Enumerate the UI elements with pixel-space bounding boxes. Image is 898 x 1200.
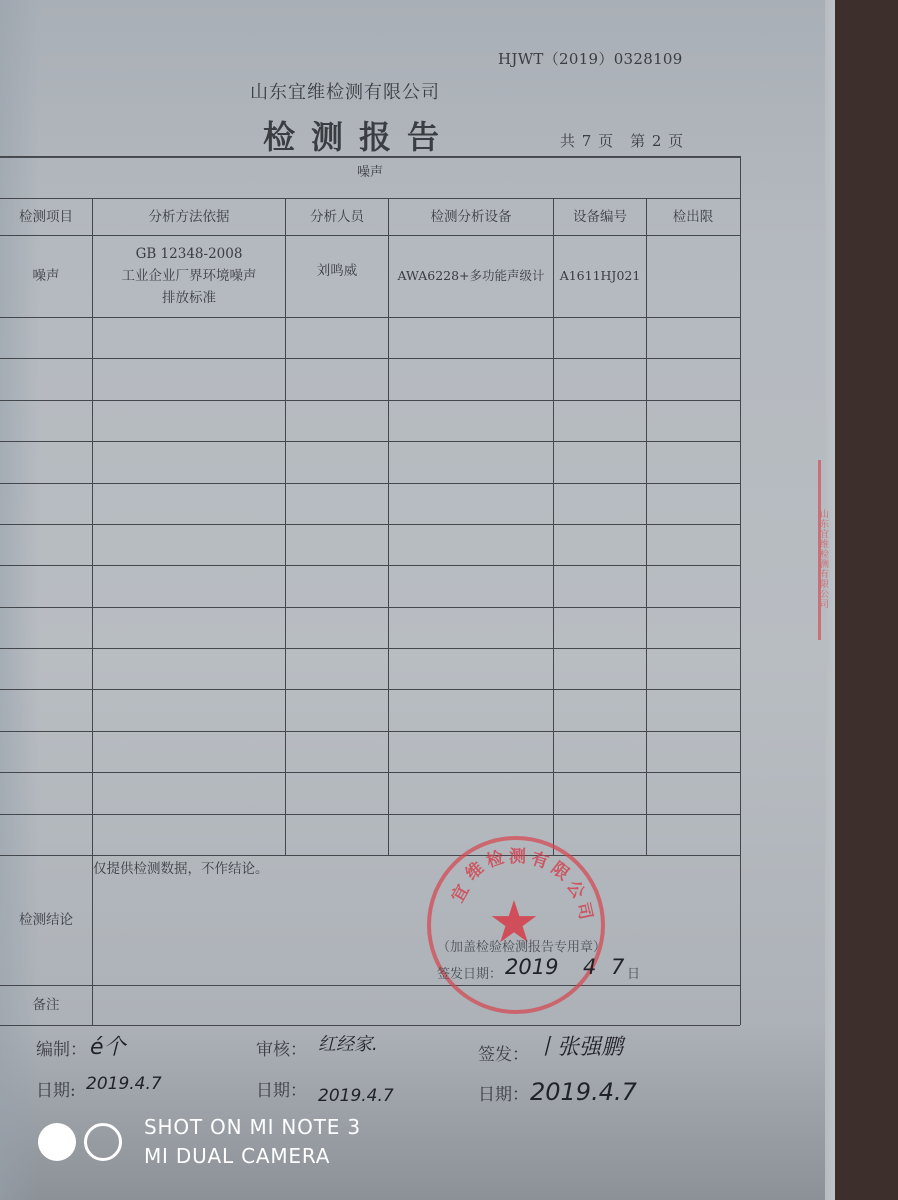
watermark-line1: SHOT ON MI NOTE 3 xyxy=(144,1113,361,1142)
table-column-line xyxy=(92,198,93,1025)
camera-lens-ring-icon xyxy=(84,1123,122,1161)
table-row-line xyxy=(0,156,740,157)
header-equipment-no: 设备编号 xyxy=(554,199,646,235)
table-row-line xyxy=(0,648,740,649)
issue-date-label: 签发日期： xyxy=(437,963,502,982)
table-row-line xyxy=(0,731,740,732)
method-code: GB 12348-2008 xyxy=(136,243,243,265)
header-analyst: 分析人员 xyxy=(286,199,388,235)
table-row-line xyxy=(0,689,740,690)
header-method: 分析方法依据 xyxy=(93,199,285,235)
issue-date-year: 2019 xyxy=(505,955,558,979)
cell-method: GB 12348-2008 工业企业厂界环境噪声 排放标准 xyxy=(93,236,285,316)
method-name-line1: 工业企业厂界环境噪声 xyxy=(122,265,257,287)
issue-date-month-day: 4 7 xyxy=(583,955,628,979)
review-date: 2019.4.7 xyxy=(318,1086,394,1106)
seal-caption: （加盖检验检测报告专用章） xyxy=(437,936,606,955)
seal-text-4: 测 xyxy=(509,842,526,867)
cell-equipment: AWA6228+多功能声级计 xyxy=(389,236,553,316)
cell-analyst: 刘鸣威 xyxy=(286,236,388,316)
header-test-item: 检测项目 xyxy=(0,199,92,235)
cell-test-item: 噪声 xyxy=(0,236,92,316)
compiled-date-label: 日期: xyxy=(36,1076,76,1101)
cell-detection-limit xyxy=(647,236,739,316)
issued-by-label: 签发： xyxy=(478,1040,529,1065)
issue-date-bottom: 2019.4.7 xyxy=(530,1078,637,1106)
watermark-line2: MI DUAL CAMERA xyxy=(144,1142,361,1171)
issue-date-label-bottom: 日期： xyxy=(478,1080,529,1105)
cell-equipment-no: A1611HJ021 xyxy=(554,236,646,316)
camera-lens-filled-icon xyxy=(38,1123,76,1161)
compiled-by-label: 编制： xyxy=(36,1035,87,1060)
conclusion-text: 仅提供检测数据，不作结论。 xyxy=(93,857,269,877)
desk-background xyxy=(835,0,898,1200)
table-row-line xyxy=(0,814,740,815)
camera-watermark: SHOT ON MI NOTE 3 MI DUAL CAMERA xyxy=(38,1113,361,1171)
method-name-line2: 排放标准 xyxy=(162,287,216,309)
header-equipment: 检测分析设备 xyxy=(389,199,553,235)
table-row-line xyxy=(0,565,740,566)
reviewed-by-label: 审核： xyxy=(256,1035,307,1060)
table-row-line xyxy=(0,317,740,318)
table-row-line xyxy=(0,772,740,773)
remarks-value xyxy=(93,985,739,1025)
remarks-label: 备注 xyxy=(0,985,92,1025)
issue-date-day-suffix: 日 xyxy=(627,963,640,982)
table-row-line xyxy=(0,607,740,608)
table-row-line xyxy=(0,524,740,525)
table-row-line xyxy=(0,358,740,359)
compiled-date: 2019.4.7 xyxy=(86,1074,162,1094)
table-row-line xyxy=(0,441,740,442)
page-seam-seal-text: 山东宜维检测有限公司 xyxy=(820,510,830,610)
table-right-border xyxy=(740,156,741,1025)
compiled-by-signature: é个 xyxy=(90,1030,126,1061)
header-detection-limit: 检出限 xyxy=(647,199,739,235)
review-date-label: 日期： xyxy=(256,1076,307,1101)
reviewed-by-signature: 红经家. xyxy=(318,1030,378,1056)
table-row-line xyxy=(0,483,740,484)
issued-by-signature: 丨张强鹏 xyxy=(535,1030,623,1061)
conclusion-label: 检测结论 xyxy=(0,856,92,984)
table-row-line xyxy=(0,1025,740,1026)
table-row-line xyxy=(0,400,740,401)
